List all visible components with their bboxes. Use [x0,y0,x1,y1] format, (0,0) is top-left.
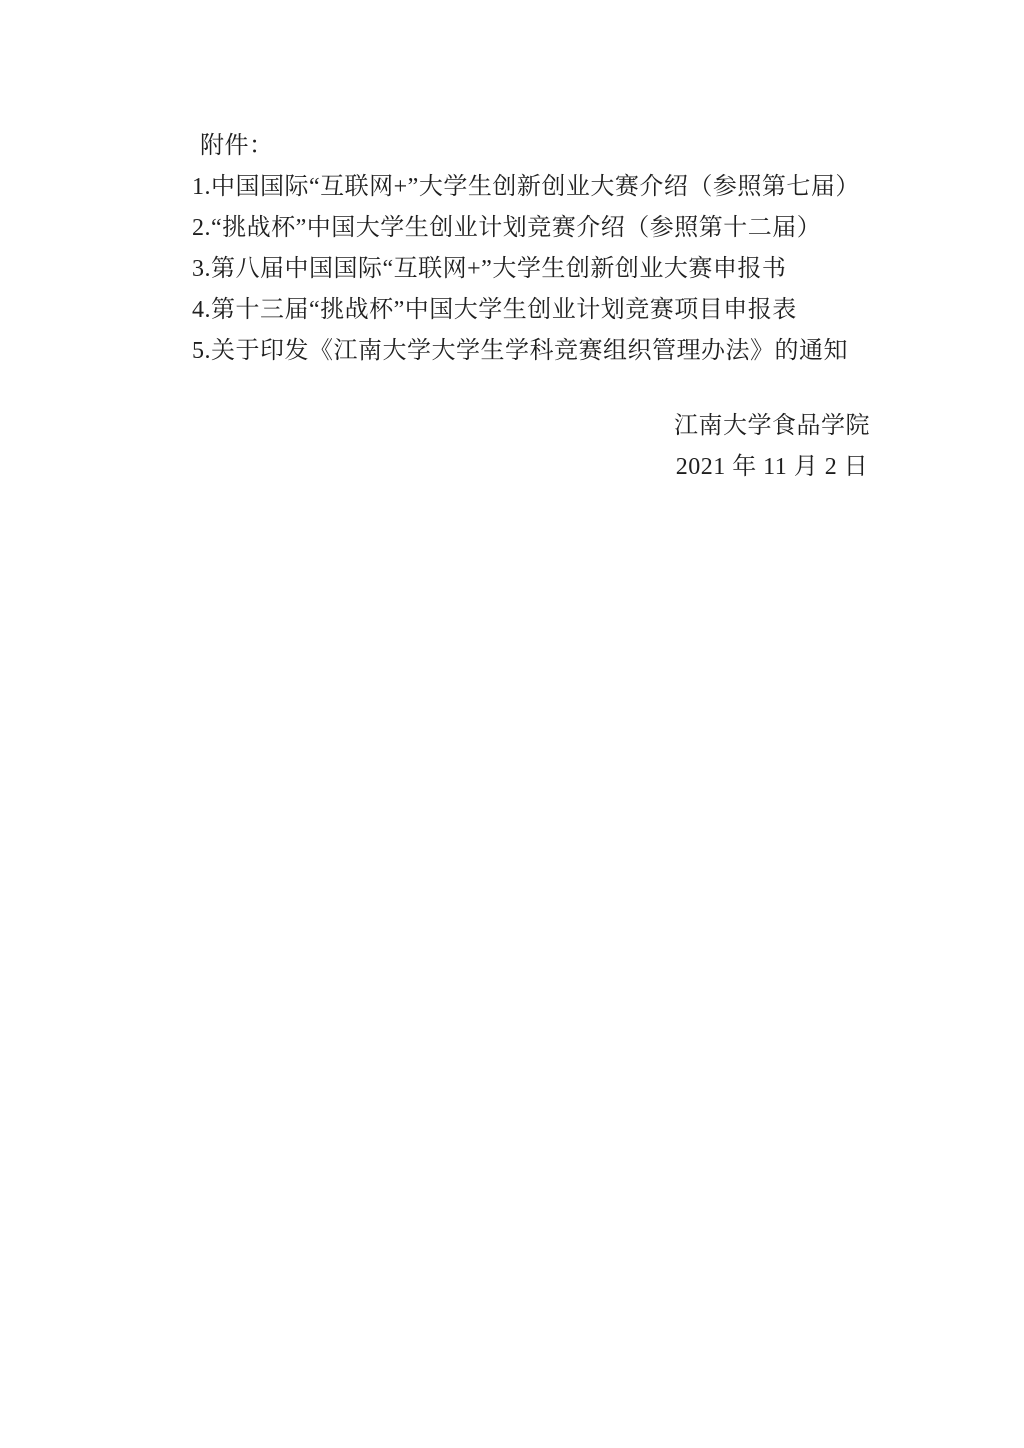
attachments-list: 1.中国国际“互联网+”大学生创新创业大赛介绍（参照第七届） 2.“挑战杯”中国… [192,167,884,372]
attachment-item: 5.关于印发《江南大学大学生学科竞赛组织管理办法》的通知 [192,331,884,372]
attachment-item: 1.中国国际“互联网+”大学生创新创业大赛介绍（参照第七届） [192,167,884,208]
attachment-item: 4.第十三届“挑战杯”中国大学生创业计划竞赛项目申报表 [192,290,884,331]
signature-block: 江南大学食品学院 2021 年 11 月 2 日 [192,406,884,488]
signature-date: 2021 年 11 月 2 日 [674,447,870,488]
attachment-item: 2.“挑战杯”中国大学生创业计划竞赛介绍（参照第十二届） [192,208,884,249]
document-body: 附件： 1.中国国际“互联网+”大学生创新创业大赛介绍（参照第七届） 2.“挑战… [0,0,1024,488]
signature-organization: 江南大学食品学院 [674,406,870,447]
attachments-label: 附件： [192,126,884,167]
signature-inner: 江南大学食品学院 2021 年 11 月 2 日 [674,406,870,488]
document-page: 附件： 1.中国国际“互联网+”大学生创新创业大赛介绍（参照第七届） 2.“挑战… [0,0,1024,1448]
attachment-item: 3.第八届中国国际“互联网+”大学生创新创业大赛申报书 [192,249,884,290]
